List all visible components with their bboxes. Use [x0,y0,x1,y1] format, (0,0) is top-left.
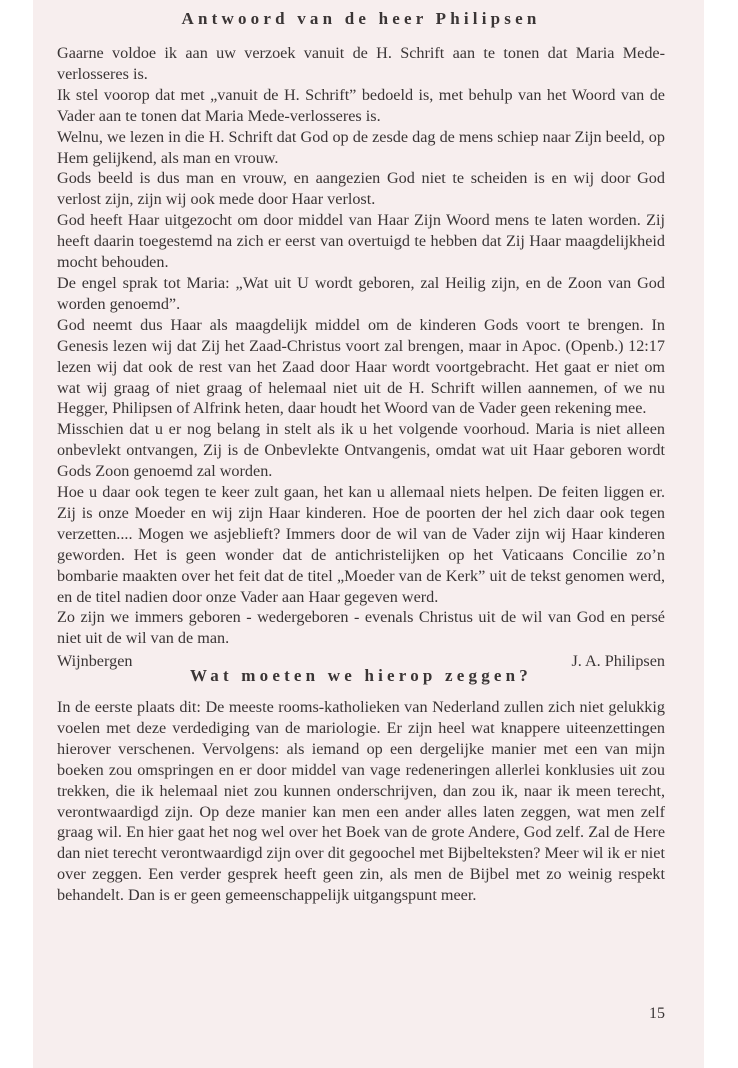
paragraph: Misschien dat u er nog belang in stelt a… [57,419,665,482]
paragraph: Gaarne voldoe ik aan uw verzoek vanuit d… [57,43,665,85]
paragraph: Gods beeld is dus man en vrouw, en aange… [57,168,665,210]
section-heading-response: Wat moeten we hierop zeggen? [57,666,665,687]
paragraph: Hoe u daar ook tegen te keer zult gaan, … [57,482,665,607]
paragraph: God heeft Haar uitgezocht om door middel… [57,210,665,273]
paragraph: De engel sprak tot Maria: „Wat uit U wor… [57,273,665,315]
response-body: In de eerste plaats dit: De meeste rooms… [57,697,665,906]
paragraph: Welnu, we lezen in die H. Schrift dat Go… [57,127,665,169]
paragraph: God neemt dus Haar als maagdelijk middel… [57,315,665,420]
paragraph: In de eerste plaats dit: De meeste rooms… [57,697,665,906]
page-number: 15 [57,1004,665,1025]
letter-body: Gaarne voldoe ik aan uw verzoek vanuit d… [57,43,665,672]
section-heading-antwoord: Antwoord van de heer Philipsen [57,9,665,30]
paragraph: Ik stel voorop dat met „vanuit de H. Sch… [57,85,665,127]
book-page: Antwoord van de heer Philipsen Gaarne vo… [33,0,704,1068]
paragraph: Zo zijn we immers geboren - wedergeboren… [57,607,665,649]
